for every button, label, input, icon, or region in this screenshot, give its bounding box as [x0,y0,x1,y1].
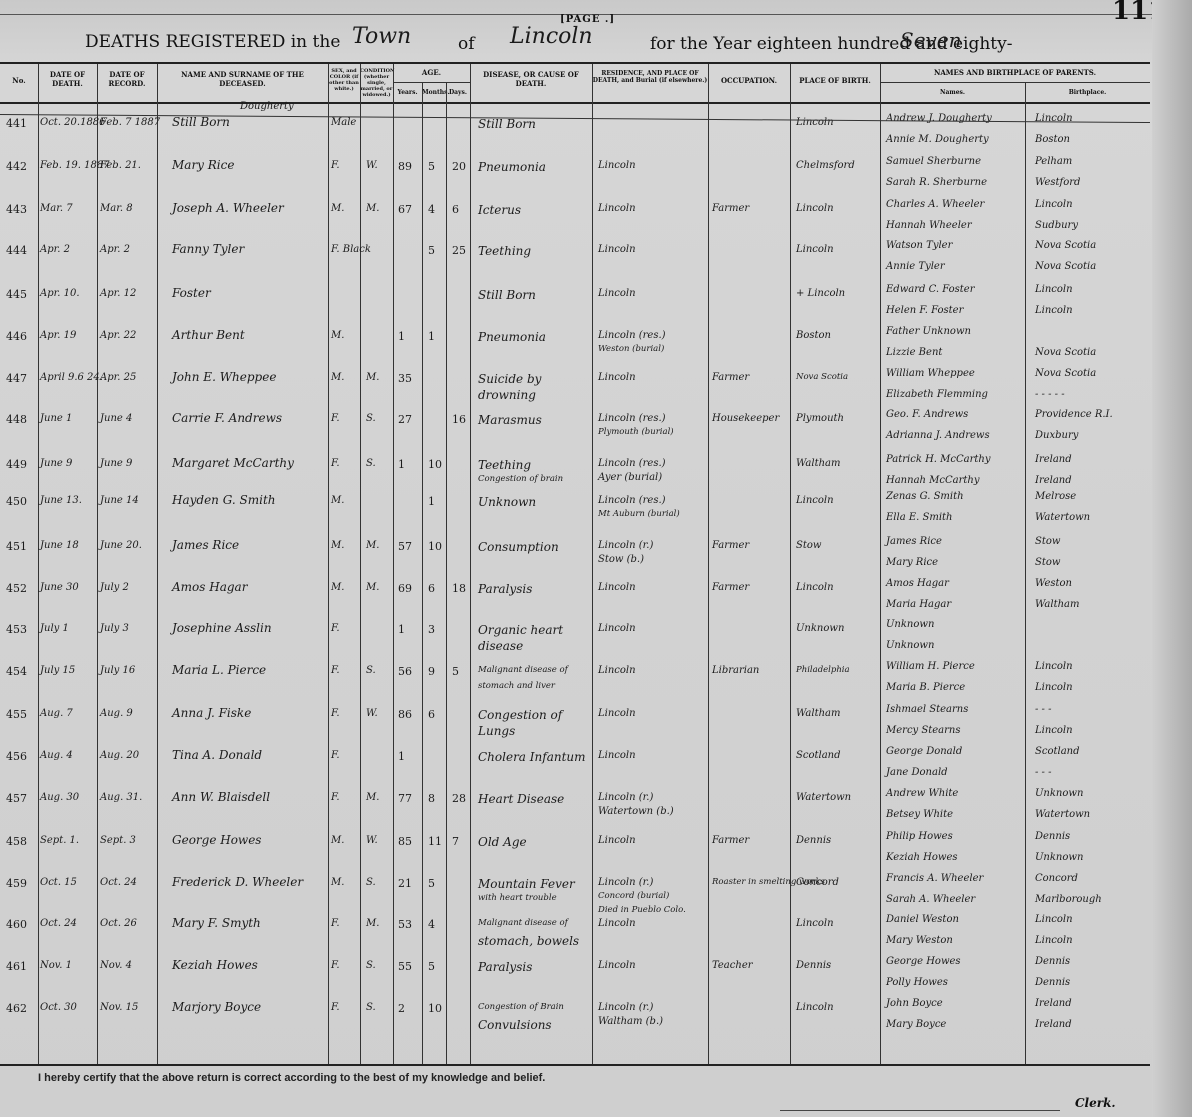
cause-of-death: Icterus [478,203,521,217]
cause-of-death: Consumption [478,540,559,554]
parent-birthplace: Sudbury [1035,220,1078,231]
deceased-name: Fanny Tyler [172,242,244,256]
age-years: 35 [398,372,412,385]
year-suffix: Seven [900,28,962,52]
date-of-death: Aug. 4 [40,750,73,761]
date-of-death: Oct. 24 [40,918,77,929]
col-residence: RESIDENCE, AND PLACE OF DEATH, and Buria… [592,64,708,84]
deceased-name: Mary F. Smyth [172,916,261,930]
cause-of-death: stomach, bowels [478,934,579,948]
condition: M. [366,792,379,803]
certification-text: I hereby certify that the above return i… [38,1072,545,1084]
date-of-death: June 13. [40,495,82,506]
table-header: No. DATE OF DEATH. DATE OF RECORD. NAME … [0,64,1150,104]
place-of-birth: Lincoln [796,918,834,929]
sex: Male [331,117,356,128]
age-years: 1 [398,750,405,763]
col-date-of-record: DATE OF RECORD. [97,64,157,88]
date-of-death: Apr. 10. [40,288,80,299]
sex: F. [331,750,340,761]
cause-of-death: with heart trouble [478,893,557,903]
parent-birthplace: Dennis [1035,831,1070,842]
place-of-birth: Scotland [796,750,841,761]
date-of-death: July 1 [40,623,69,634]
deceased-name: Anna J. Fiske [172,706,251,720]
deceased-name: George Howes [172,833,261,847]
municipality-name: Lincoln [510,24,593,49]
place-of-birth: Lincoln [796,203,834,214]
cause-of-death: Pneumonia [478,160,546,174]
deceased-name: Frederick D. Wheeler [172,875,303,889]
parent-name: Mary Weston [886,935,953,946]
occupation: Farmer [712,540,749,551]
condition: W. [366,835,378,846]
parent-birthplace: Lincoln [1035,199,1073,210]
residence: Lincoln [598,582,636,593]
parent-name: Annie Tyler [886,261,945,272]
date-of-death: June 1 [40,413,72,424]
parent-birthplace: - - - [1035,767,1052,778]
age-months: 1 [428,495,435,508]
age-days: 7 [452,835,459,848]
cause-of-death: Malignant disease of [478,665,568,675]
age-months: 6 [428,708,435,721]
parent-name: Unknown [886,640,934,651]
age-years: 2 [398,1002,405,1015]
sex: M. [331,540,344,551]
col-no: No. [0,64,38,85]
cause-of-death: Pneumonia [478,330,546,344]
place-of-birth: Dennis [796,960,831,971]
record-number: 454 [6,665,27,678]
date-of-death: Apr. 19 [40,330,76,341]
parent-name: Edward C. Foster [886,284,975,295]
residence: Died in Pueblo Colo. [598,905,686,915]
condition: S. [366,458,376,469]
date-of-record: Aug. 31. [100,792,142,803]
date-of-death: Mar. 7 [40,203,73,214]
record-number: 449 [6,458,27,471]
date-of-death: Apr. 2 [40,244,70,255]
record-number: 459 [6,877,27,890]
record-number: 457 [6,792,27,805]
parent-birthplace: Duxbury [1035,430,1078,441]
place-of-birth: Waltham [796,708,840,719]
date-of-death: June 30 [40,582,79,593]
col-age-months: Months. [422,89,446,96]
parent-birthplace: Nova Scotia [1035,347,1096,358]
residence: Lincoln (r.) [598,877,653,888]
place-of-birth: Chelmsford [796,160,855,171]
age-years: 1 [398,623,405,636]
signature-line [780,1110,1060,1111]
date-of-record: July 3 [100,623,129,634]
record-number: 443 [6,203,27,216]
cause-of-death: Old Age [478,835,527,849]
parent-name: Zenas G. Smith [886,491,964,502]
parent-name: Lizzie Bent [886,347,942,358]
date-of-record: Oct. 24 [100,877,137,888]
parent-name: George Donald [886,746,962,757]
deceased-name: Ann W. Blaisdell [172,790,270,804]
residence: Lincoln [598,623,636,634]
cause-of-death: Marasmus [478,413,542,427]
residence: Lincoln [598,750,636,761]
cause-of-death: Congestion of brain [478,474,563,484]
parent-name: Ella E. Smith [886,512,952,523]
residence: Lincoln (res.) [598,458,666,469]
parent-name: Charles A. Wheeler [886,199,984,210]
age-divider [393,82,470,83]
deceased-name: Margaret McCarthy [172,456,294,470]
age-years: 67 [398,203,412,216]
residence: Lincoln [598,244,636,255]
parent-birthplace: Boston [1035,134,1070,145]
place-of-birth: Stow [796,540,821,551]
age-years: 69 [398,582,412,595]
parent-name: George Howes [886,956,961,967]
parent-name: Samuel Sherburne [886,156,981,167]
condition: M. [366,372,379,383]
age-years: 55 [398,960,412,973]
deceased-name: Maria L. Pierce [172,663,266,677]
sex: M. [331,495,344,506]
residence: Plymouth (burial) [598,427,674,437]
place-of-birth: Lincoln [796,244,834,255]
age-years: 77 [398,792,412,805]
municipality-type: Town [352,24,411,49]
signature-title: Clerk. [1075,1096,1116,1110]
residence: Lincoln (res.) [598,330,666,341]
age-months: 6 [428,582,435,595]
sex: F. [331,960,340,971]
date-of-record: Apr. 2 [100,244,130,255]
parent-birthplace: Melrose [1035,491,1076,502]
cause-of-death: Paralysis [478,960,532,974]
title-prefix: DEATHS REGISTERED [85,32,285,52]
col-parents: NAMES AND BIRTHPLACE OF PARENTS. [880,64,1150,77]
date-of-record: June 4 [100,413,132,424]
parent-birthplace: Dennis [1035,956,1070,967]
parent-birthplace: Lincoln [1035,914,1073,925]
parents-divider [880,82,1150,83]
cause-of-death: disease [478,639,523,653]
parent-name: William Wheppee [886,368,975,379]
cause-of-death: Cholera Infantum [478,750,586,764]
parent-birthplace: Lincoln [1035,682,1073,693]
cause-of-death: Organic heart [478,623,563,637]
sex: M. [331,330,344,341]
occupation: Housekeeper [712,413,779,424]
date-of-death: July 15 [40,665,75,676]
parent-birthplace: Nova Scotia [1035,368,1096,379]
age-days: 16 [452,413,466,426]
sex: F. [331,792,340,803]
date-of-death: Nov. 1 [40,960,72,971]
sex: F. [331,413,340,424]
condition: W. [366,708,378,719]
parent-name: James Rice [886,536,942,547]
deceased-name: John E. Wheppee [172,370,276,384]
deceased-name: Arthur Bent [172,328,245,342]
condition: M. [366,582,379,593]
record-number: 452 [6,582,27,595]
age-years: 1 [398,330,405,343]
cause-of-death: Malignant disease of [478,918,568,928]
place-of-birth: Boston [796,330,831,341]
sex: F. [331,665,340,676]
record-number: 446 [6,330,27,343]
residence: Lincoln [598,960,636,971]
record-number: 451 [6,540,27,553]
parent-birthplace: Waltham [1035,599,1079,610]
deceased-name: Foster [172,286,211,300]
residence: Lincoln [598,203,636,214]
parent-birthplace: Unknown [1035,788,1083,799]
cause-of-death: Unknown [478,495,536,509]
parent-birthplace: Lincoln [1035,284,1073,295]
sex: M. [331,582,344,593]
title-of: of [458,34,475,54]
age-months: 9 [428,665,435,678]
parent-birthplace: Providence R.I. [1035,409,1113,420]
parent-name: Elizabeth Flemming [886,389,988,400]
parent-name: John Boyce [886,998,943,1009]
residence: Watertown (b.) [598,806,674,817]
age-months: 5 [428,877,435,890]
place-of-birth: Nova Scotia [796,372,848,382]
parent-name: Hannah McCarthy [886,475,980,486]
age-years: 56 [398,665,412,678]
age-months: 4 [428,203,435,216]
record-number: 458 [6,835,27,848]
date-of-death: Oct. 15 [40,877,77,888]
condition: S. [366,877,376,888]
residence: Mt Auburn (burial) [598,509,680,519]
parent-birthplace: Scotland [1035,746,1080,757]
parent-birthplace: Nova Scotia [1035,240,1096,251]
age-years: 85 [398,835,412,848]
deceased-name: Carrie F. Andrews [172,411,282,425]
sex: F. [331,160,340,171]
sex: M. [331,877,344,888]
sex: F. Black [331,244,371,255]
date-of-death: April 9.6 24. [40,372,103,383]
parent-birthplace: Lincoln [1035,725,1073,736]
page-title: DEATHS REGISTERED in the [85,32,340,52]
condition: W. [366,160,378,171]
residence: Lincoln (r.) [598,792,653,803]
col-age: AGE. [393,64,470,77]
parent-birthplace: Watertown [1035,512,1090,523]
page-edge [1152,0,1192,1117]
age-months: 10 [428,540,442,553]
place-of-birth: Lincoln [796,495,834,506]
parent-name: Mary Boyce [886,1019,946,1030]
parent-birthplace: Lincoln [1035,935,1073,946]
age-days: 6 [452,203,459,216]
date-of-record: Nov. 4 [100,960,132,971]
deceased-name: Amos Hagar [172,580,247,594]
parent-birthplace: Lincoln [1035,661,1073,672]
occupation: Farmer [712,835,749,846]
condition: S. [366,1002,376,1013]
sex: F. [331,623,340,634]
residence: Stow (b.) [598,554,644,565]
age-months: 10 [428,1002,442,1015]
record-number: 456 [6,750,27,763]
parent-name: Polly Howes [886,977,948,988]
parent-name: Andrew J. Dougherty [886,113,992,124]
record-number: 462 [6,1002,27,1015]
condition: M. [366,540,379,551]
condition: S. [366,413,376,424]
parent-name: Jane Donald [886,767,948,778]
condition: S. [366,960,376,971]
parent-birthplace: Dennis [1035,977,1070,988]
parent-birthplace: - - - [1035,704,1052,715]
parent-birthplace: Stow [1035,557,1060,568]
col-parent-birthplace: Birthplace. [1025,89,1150,96]
date-of-record: June 9 [100,458,132,469]
age-days: 25 [452,244,466,257]
age-months: 11 [428,835,442,848]
parent-name: Helen F. Foster [886,305,963,316]
parent-name: Adrianna J. Andrews [886,430,990,441]
date-of-record: June 14 [100,495,139,506]
parent-name: Geo. F. Andrews [886,409,968,420]
date-of-record: Nov. 15 [100,1002,138,1013]
cause-of-death: Lungs [478,724,515,738]
cause-of-death: Heart Disease [478,792,564,806]
parent-name: Mercy Stearns [886,725,960,736]
place-of-birth: Unknown [796,623,844,634]
date-of-record: Feb. 7 1887 [100,117,160,128]
parent-name: Mary Rice [886,557,938,568]
place-of-birth: Dennis [796,835,831,846]
date-of-record: June 20. [100,540,142,551]
cause-of-death: Teething [478,458,531,472]
date-of-record: July 16 [100,665,135,676]
record-number: 444 [6,244,27,257]
date-of-death: Sept. 1. [40,835,79,846]
age-months: 5 [428,160,435,173]
condition: M. [366,203,379,214]
cause-of-death: stomach and liver [478,681,555,691]
age-months: 8 [428,792,435,805]
col-condition: CONDITION (whether single, married, or w… [360,64,393,98]
record-number: 442 [6,160,27,173]
residence: Weston (burial) [598,344,664,354]
parent-name: Patrick H. McCarthy [886,454,991,465]
col-age-days: Days. [446,89,470,96]
deceased-name: Mary Rice [172,158,234,172]
occupation: Teacher [712,960,753,971]
record-number: 455 [6,708,27,721]
title-in-the: in the [291,32,341,52]
col-disease: DISEASE, OR CAUSE OF DEATH. [470,64,592,88]
deceased-name: Joseph A. Wheeler [172,201,284,215]
date-of-record: Feb. 21. [100,160,141,171]
residence: Lincoln (r.) [598,1002,653,1013]
parent-birthplace: Marlborough [1035,894,1102,905]
name-note: Dougherty [240,101,294,112]
cause-of-death: Still Born [478,117,536,131]
parent-name: Francis A. Wheeler [886,873,983,884]
residence: Waltham (b.) [598,1016,663,1027]
date-of-record: Apr. 22 [100,330,136,341]
age-months: 5 [428,960,435,973]
sex: M. [331,203,344,214]
cause-of-death: Mountain Fever [478,877,575,891]
record-number: 441 [6,117,27,130]
deceased-name: Tina A. Donald [172,748,262,762]
age-years: 57 [398,540,412,553]
residence: Lincoln [598,918,636,929]
col-occupation: OCCUPATION. [708,64,790,85]
parent-birthplace: Nova Scotia [1035,261,1096,272]
date-of-record: Oct. 26 [100,918,137,929]
occupation: Farmer [712,582,749,593]
parent-birthplace: Concord [1035,873,1078,884]
register-page: [PAGE .] 111 DEATHS REGISTERED in the To… [0,0,1192,1117]
place-of-birth: Lincoln [796,582,834,593]
date-of-death: Oct. 30 [40,1002,77,1013]
parent-birthplace: Ireland [1035,998,1072,1009]
record-number: 445 [6,288,27,301]
age-months: 5 [428,244,435,257]
record-number: 450 [6,495,27,508]
age-years: 21 [398,877,412,890]
parent-birthplace: Watertown [1035,809,1090,820]
age-years: 1 [398,458,405,471]
age-days: 20 [452,160,466,173]
residence: Ayer (burial) [598,472,662,483]
parent-birthplace: Ireland [1035,1019,1072,1030]
age-months: 3 [428,623,435,636]
date-of-death: June 18 [40,540,79,551]
col-sex: SEX, and COLOR (if other than white.) [328,64,360,92]
parent-name: Andrew White [886,788,958,799]
parent-name: Philip Howes [886,831,953,842]
age-years: 89 [398,160,412,173]
age-years: 86 [398,708,412,721]
cause-of-death: Congestion of Brain [478,1002,564,1012]
date-of-death: Aug. 30 [40,792,79,803]
deceased-name: Josephine Asslin [172,621,272,635]
cause-of-death: Paralysis [478,582,532,596]
parent-name: Sarah A. Wheeler [886,894,975,905]
age-months: 4 [428,918,435,931]
parent-name: Watson Tyler [886,240,952,251]
parent-birthplace: - - - - - [1035,389,1065,400]
place-of-birth: + Lincoln [796,288,845,299]
age-days: 18 [452,582,466,595]
residence: Lincoln [598,665,636,676]
record-number: 453 [6,623,27,636]
sex: F. [331,458,340,469]
parent-name: Maria Hagar [886,599,951,610]
parent-birthplace: Ireland [1035,475,1072,486]
parent-name: Maria B. Pierce [886,682,965,693]
date-of-record: Aug. 20 [100,750,139,761]
residence: Lincoln [598,372,636,383]
date-of-record: Aug. 9 [100,708,133,719]
date-of-record: Apr. 12 [100,288,136,299]
deceased-name: Hayden G. Smith [172,493,276,507]
age-days: 5 [452,665,459,678]
condition: M. [366,918,379,929]
